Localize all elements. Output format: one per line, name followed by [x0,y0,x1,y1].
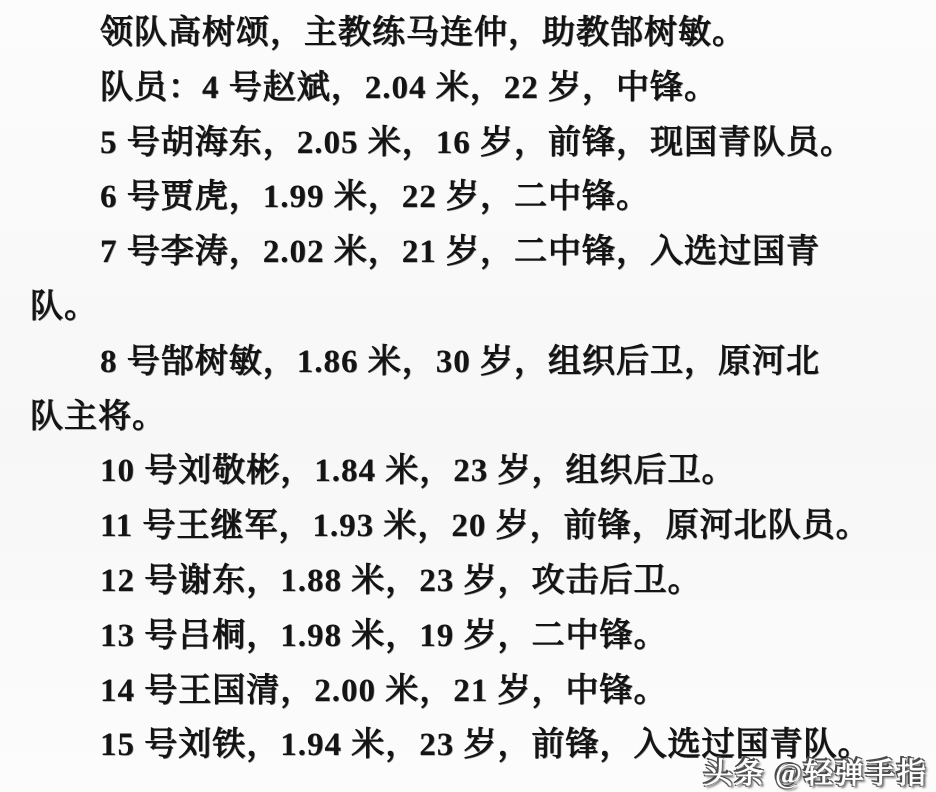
text-line-player-13: 13 号吕桐，1.98 米，19 岁，二中锋。 [30,609,922,664]
roster-text-block: 领队高树颂，主教练马连仲，助教郜树敏。 队员：4 号赵斌，2.04 米，22 岁… [30,6,922,773]
text-line-player-8: 8 号郜树敏，1.86 米，30 岁，组织后卫，原河北 [30,335,922,390]
text-line-player-4: 队员：4 号赵斌，2.04 米，22 岁，中锋。 [30,61,922,116]
text-line-player-8-cont: 队主将。 [30,390,922,445]
text-line-player-12: 12 号谢东，1.88 米，23 岁，攻击后卫。 [30,554,922,609]
text-line-staff: 领队高树颂，主教练马连仲，助教郜树敏。 [30,6,922,61]
text-line-player-11: 11 号王继军，1.93 米，20 岁，前锋，原河北队员。 [30,499,922,554]
text-line-player-7: 7 号李涛，2.02 米，21 岁，二中锋，入选过国青 [30,225,922,280]
text-line-player-7-cont: 队。 [30,280,922,335]
text-line-player-6: 6 号贾虎，1.99 米，22 岁，二中锋。 [30,170,922,225]
text-line-player-14: 14 号王国清，2.00 米，21 岁，中锋。 [30,664,922,719]
text-line-player-5: 5 号胡海东，2.05 米，16 岁，前锋，现国青队员。 [30,116,922,171]
text-line-player-10: 10 号刘敬彬，1.84 米，23 岁，组织后卫。 [30,444,922,499]
toutiao-watermark: 头条 @轻弹手指 [704,751,928,792]
scanned-document-page: 领队高树颂，主教练马连仲，助教郜树敏。 队员：4 号赵斌，2.04 米，22 岁… [0,0,936,792]
